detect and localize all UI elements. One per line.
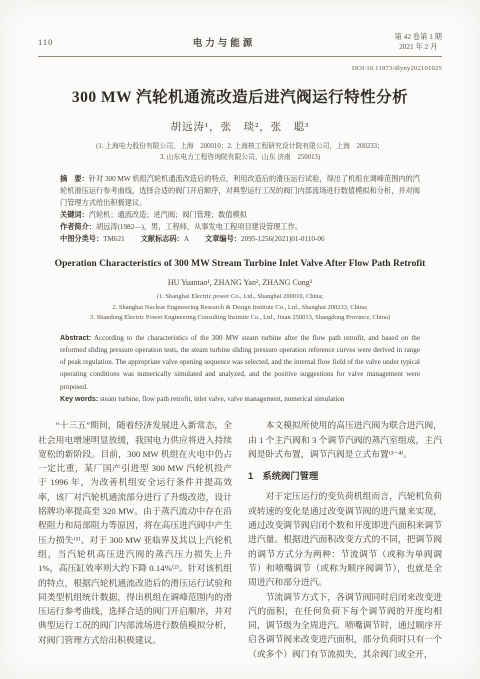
keywords-cn-label: 关键词： <box>60 210 89 219</box>
body-paragraph: 本文模拟所使用的高压进汽阀为联合进汽阀，由 1 个主汽阀和 3 个调节汽阀的蒸汽… <box>248 418 442 461</box>
journal-name: 电力与能源 <box>193 35 256 49</box>
page-number: 110 <box>38 37 53 47</box>
keywords-en-label: Key words: <box>60 395 98 403</box>
paper-title-en: Operation Characteristics of 300 MW Stre… <box>38 258 442 269</box>
body-paragraph: 节流调节方式下，各调节阀同时启闭来改变进汽的面积，在任何负荷下每个调节阀的开度均… <box>248 590 442 661</box>
affiliation-en-line1: (1. Shanghai Electric power Co., Ltd., S… <box>157 293 323 300</box>
classification-line: 中图分类号：TM621文献标志码：A文章编号：2095-1256(2021)01… <box>60 233 420 245</box>
doi-text: DOI:10.11973/dlyny202101025 <box>38 65 442 72</box>
keywords-en: Key words: steam turbine, flow path retr… <box>60 393 420 405</box>
body-columns: “十三五”期间，随着经济发展进入新常态，全社会用电增速明显放缓，我国电力供应将进… <box>38 418 442 661</box>
page-header: 110 电力与能源 第 42 卷第 1 期 2021 年 2 月 <box>38 32 442 51</box>
issue-info: 第 42 卷第 1 期 2021 年 2 月 <box>395 32 442 51</box>
body-column-left: “十三五”期间，随着经济发展进入新常态，全社会用电增速明显放缓，我国电力供应将进… <box>38 418 232 661</box>
author-bio-label: 作者简介： <box>60 222 96 231</box>
body-paragraph: “十三五”期间，随着经济发展进入新常态，全社会用电增速明显放缓，我国电力供应将进… <box>38 418 232 647</box>
doc-code-value: A <box>184 235 189 243</box>
clc-value: TM621 <box>103 235 125 243</box>
abstract-cn: 摘 要：针对 300 MW 机组汽轮机通流改造后的特点，利用改造后的滑压运行试验… <box>60 173 420 209</box>
authors-en: HU Yuantao¹, ZHANG Yan², ZHANG Cong³ <box>38 278 442 287</box>
clc-label: 中图分类号： <box>60 234 103 243</box>
paper-page: 110 电力与能源 第 42 卷第 1 期 2021 年 2 月 DOI:10.… <box>0 0 480 679</box>
issue-volume: 第 42 卷第 1 期 <box>395 32 442 41</box>
affiliation-en-line3: 3. Shandong Electric Power Engineering C… <box>90 314 390 321</box>
article-id-value: 2095-1256(2021)01-0110-06 <box>241 235 325 243</box>
body-paragraph: 对于定压运行的变负荷机组而言，汽轮机负荷或转速的变化是通过改变调节阀的进汽量来实… <box>248 489 442 589</box>
abstract-en-label: Abstract: <box>60 334 91 342</box>
header-divider <box>38 56 442 57</box>
author-bio-text: 胡远涛(1982—)，男，工程师，从事发电工程项目建设管理工作。 <box>96 223 302 231</box>
body-column-right: 本文模拟所使用的高压进汽阀为联合进汽阀，由 1 个主汽阀和 3 个调节汽阀的蒸汽… <box>248 418 442 661</box>
abstract-cn-label: 摘 要： <box>60 174 89 183</box>
affiliation-cn-line1: (1. 上海电力股份有限公司，上海 200010；2. 上海核工程研究设计院有限… <box>96 143 384 150</box>
author-bio: 作者简介：胡远涛(1982—)，男，工程师，从事发电工程项目建设管理工作。 <box>60 221 420 233</box>
authors-cn: 胡远涛¹，张 琰²，张 聪³ <box>38 119 442 134</box>
abstract-cn-text: 针对 300 MW 机组汽轮机通流改造后的特点，利用改造后的滑压运行试验，得出了… <box>60 175 420 207</box>
keywords-cn-text: 汽轮机；通流改造；进汽阀；阀门管理；数值模拟 <box>89 211 247 219</box>
affiliations-cn: (1. 上海电力股份有限公司，上海 200010；2. 上海核工程研究设计院有限… <box>38 141 442 163</box>
affiliation-cn-line2: 3. 山东电力工程咨询院有限公司，山东 济南 250013) <box>160 154 320 161</box>
section-heading-1: 1 系统阀门管理 <box>248 469 442 483</box>
abstract-en: Abstract: According to the characteristi… <box>60 332 420 393</box>
issue-date: 2021 年 2 月 <box>399 42 437 51</box>
affiliation-en-line2: 2. Shanghai Nuclear Engineering Research… <box>112 304 367 311</box>
abstract-block-cn: 摘 要：针对 300 MW 机组汽轮机通流改造后的特点，利用改造后的滑压运行试验… <box>60 173 420 245</box>
paper-title-cn: 300 MW 汽轮机通流改造后进汽阀运行特性分析 <box>38 85 442 107</box>
abstract-en-text: According to the characteristics of the … <box>60 334 420 391</box>
doc-code-label: 文献标志码： <box>141 234 184 243</box>
keywords-en-text: steam turbine, flow path retrofit, inlet… <box>100 395 344 403</box>
keywords-cn: 关键词：汽轮机；通流改造；进汽阀；阀门管理；数值模拟 <box>60 209 420 221</box>
article-id-label: 文章编号： <box>205 234 241 243</box>
affiliations-en: (1. Shanghai Electric power Co., Ltd., S… <box>38 292 442 324</box>
abstract-block-en: Abstract: According to the characteristi… <box>60 332 420 406</box>
